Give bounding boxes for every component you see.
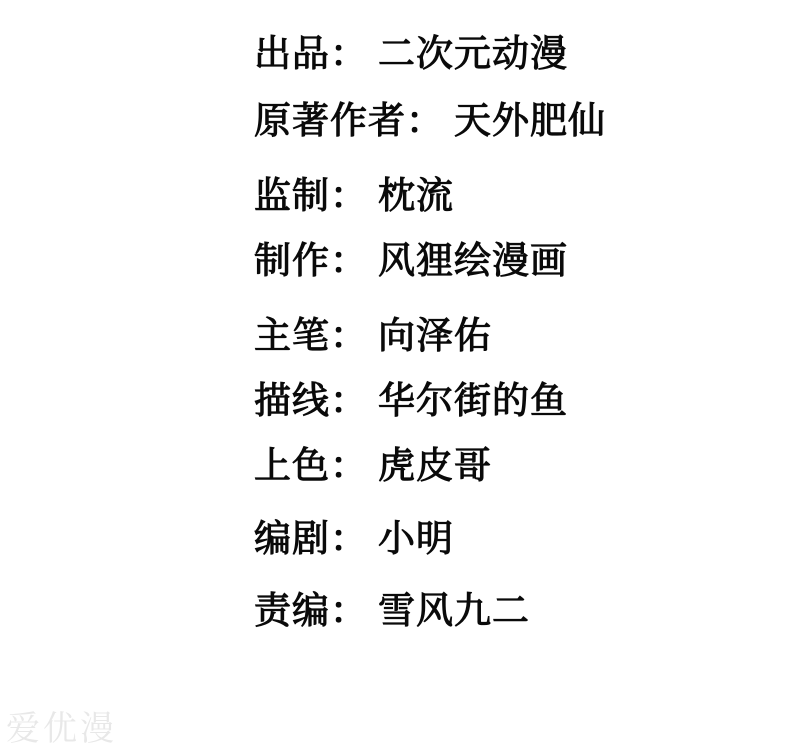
credit-role-label: 编剧 [254,519,330,560]
credit-role-value: 枕流 [378,176,454,217]
credit-role-value: 小明 [378,519,454,560]
credit-separator: ： [330,241,368,282]
credit-role-value: 天外肥仙 [454,101,606,142]
credit-separator: ： [330,591,368,632]
credit-line-producer: 出品：二次元动漫 [254,35,568,75]
credits-page: 出品：二次元动漫 原著作者：天外肥仙 监制：枕流 制作：风狸绘漫画 主笔：向泽佑… [0,0,800,752]
credit-separator: ： [330,316,368,357]
credit-separator: ： [330,176,368,217]
credit-separator: ： [330,519,368,560]
credit-line-original-author: 原著作者：天外肥仙 [254,102,606,142]
credit-role-value: 风狸绘漫画 [378,241,568,282]
credit-role-label: 上色 [254,446,330,487]
credit-role-label: 原著作者 [254,101,406,142]
credit-role-label: 监制 [254,176,330,217]
credit-role-label: 出品 [254,34,330,75]
credit-line-lead-artist: 主笔：向泽佑 [254,317,492,357]
credit-separator: ： [330,34,368,75]
credit-separator: ： [406,101,444,142]
credit-role-label: 描线 [254,381,330,422]
credit-role-value: 向泽佑 [378,316,492,357]
credit-role-label: 主笔 [254,316,330,357]
credit-separator: ： [330,381,368,422]
credit-role-value: 二次元动漫 [378,34,568,75]
credit-line-editor: 责编：雪风九二 [254,592,530,632]
credit-line-production: 制作：风狸绘漫画 [254,242,568,282]
credit-role-value: 雪风九二 [378,591,530,632]
credit-role-label: 责编 [254,591,330,632]
credit-role-label: 制作 [254,241,330,282]
credit-role-value: 华尔街的鱼 [378,381,568,422]
credit-line-line-art: 描线：华尔街的鱼 [254,382,568,422]
watermark: 爱优漫 [6,710,117,748]
credit-line-supervisor: 监制：枕流 [254,177,454,217]
credit-role-value: 虎皮哥 [378,446,492,487]
credit-line-screenwriter: 编剧：小明 [254,520,454,560]
credit-line-coloring: 上色：虎皮哥 [254,447,492,487]
credit-separator: ： [330,446,368,487]
